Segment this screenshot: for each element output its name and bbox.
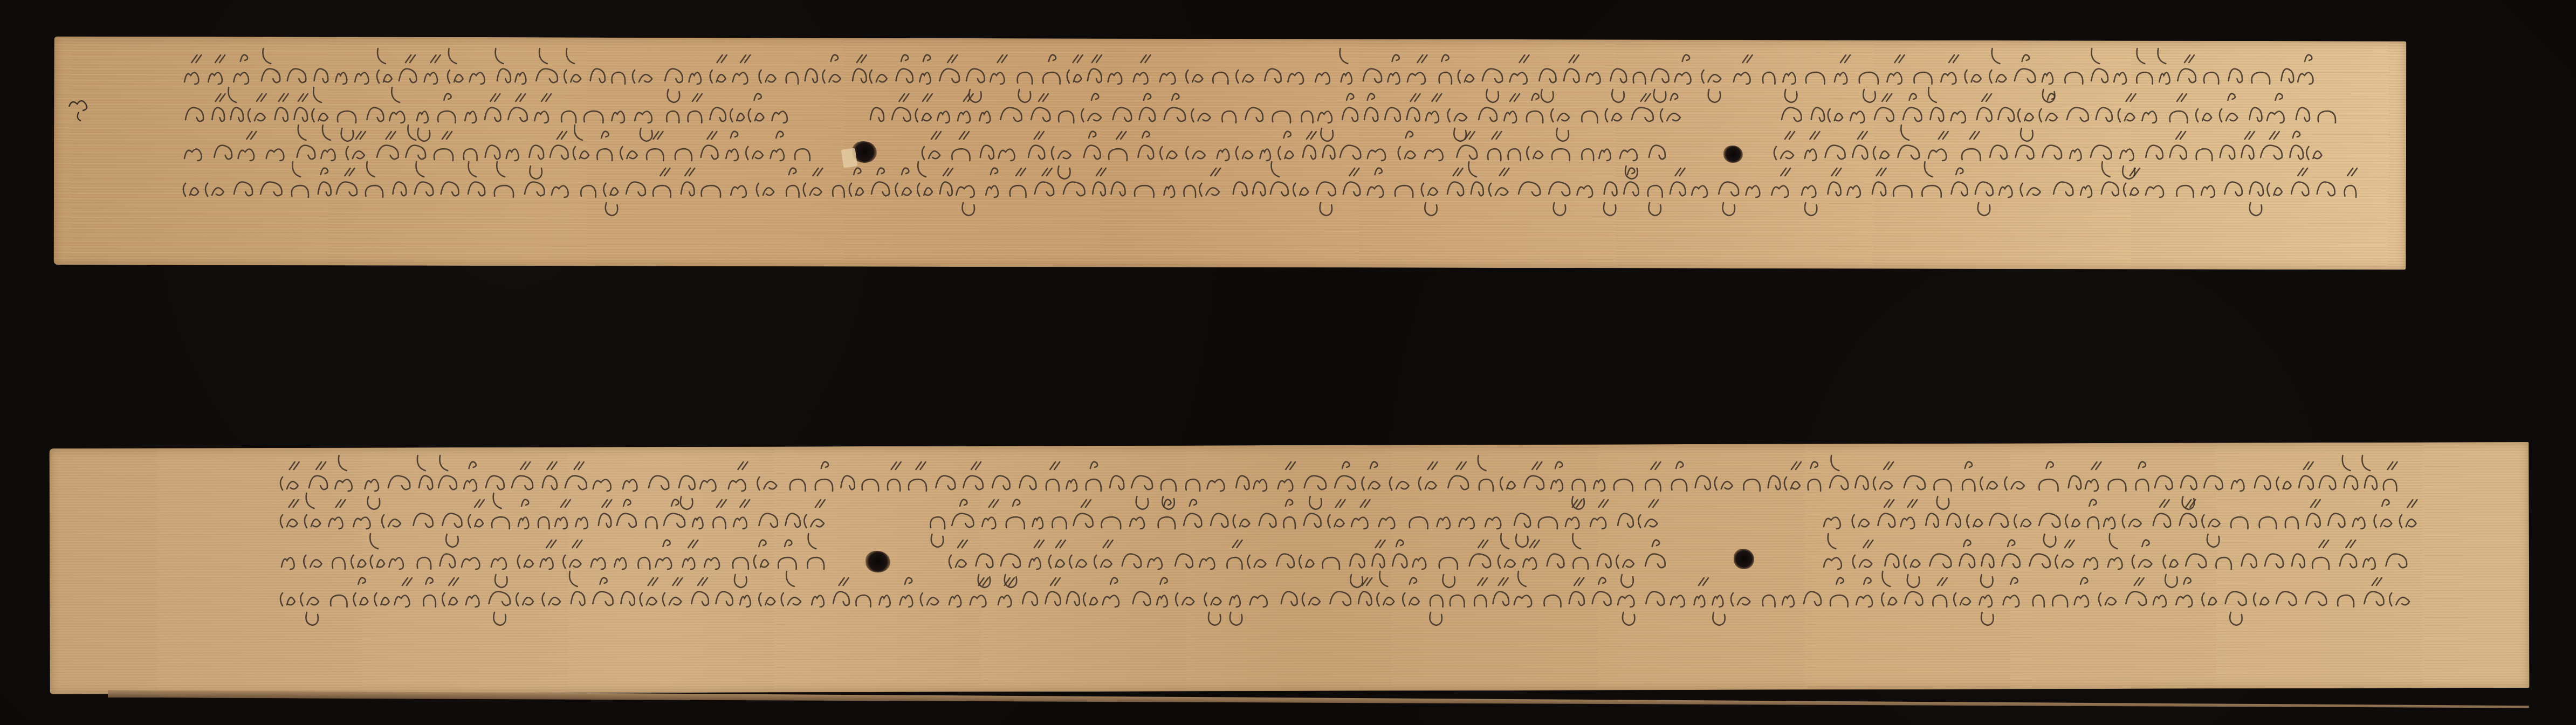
leaf-2-string-hole-right: [1734, 549, 1754, 569]
leaf-2-script-line-2-segment-1: [280, 504, 825, 536]
leaf-1-margin-number: [64, 85, 96, 128]
leaf-2-string-hole-left: [865, 551, 890, 572]
leaf-2-script-line-3-segment-3: [1823, 544, 2416, 577]
leaf-2-script-line-2-segment-2: [928, 504, 1672, 536]
leaf-1-script-line-3-segment-3: [1774, 136, 2335, 168]
leaf-2-script-line-3-segment-1: [280, 544, 841, 577]
leaf-1-script-line-3-segment-2: [922, 136, 1688, 168]
leaf-1-script-line-3-segment-1: [183, 136, 809, 168]
leaf-1-string-hole-right: [1723, 146, 1743, 163]
leaf-1-script-line-2-segment-2: [868, 98, 1704, 130]
leaf-1-script-line-1-segment-1: [183, 59, 2335, 92]
leaf-1-script-line-2-segment-3: [1780, 98, 2335, 130]
leaf-1-script-line-2-segment-1: [183, 98, 793, 130]
leaf-2-script-line-1-segment-1: [280, 466, 2416, 499]
leaf-2-script-line-2-segment-3: [1823, 504, 2416, 536]
leaf-2-script-line-3-segment-2: [949, 544, 1682, 577]
leaf-2-script-line-4-segment-1: [280, 582, 2437, 614]
leaf-1-script-line-4-segment-1: [183, 172, 2367, 205]
leaf-1-string-hole-left: [852, 141, 877, 163]
